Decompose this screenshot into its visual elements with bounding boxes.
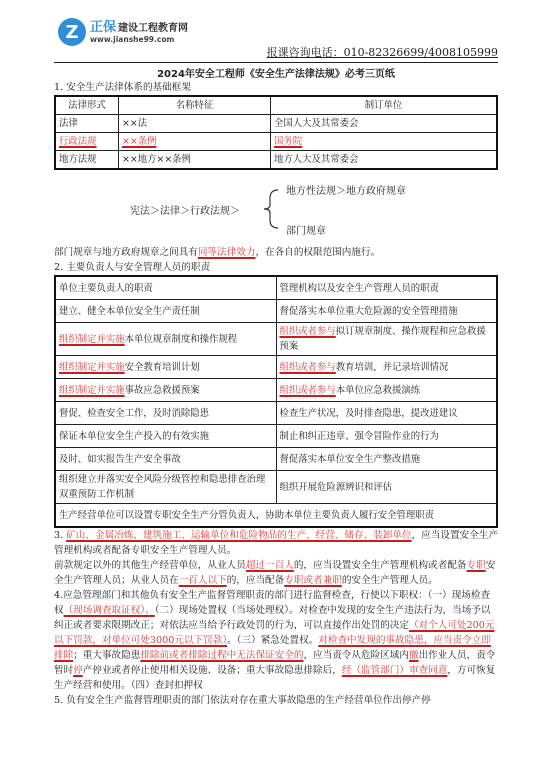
table-cell-highlight: 行政法规	[59, 136, 97, 147]
table-cell: ××地方××条例	[119, 151, 271, 170]
table-cell: 全国人大及其常委会	[271, 115, 498, 133]
header-cell: 法律形式	[55, 96, 119, 115]
diagram-top: 地方性法规＞地方政府规章	[286, 182, 406, 197]
header-cell: 制订单位	[271, 96, 498, 115]
header-cell: 名称特征	[119, 96, 271, 115]
page-header: Z 正保建设工程教育网 www.jianshe99.com 报课咨询电话：010…	[54, 0, 498, 63]
table-cell: 法律	[55, 115, 119, 133]
section-1-note: 部门规章与地方政府规章之间具有同等法律效力，在各自的权限范围内施行。	[54, 245, 498, 260]
table-row: 督促、检查安全工作，及时消除隐患 检查生产状况，及时排查隐患，提改进建议	[55, 402, 497, 425]
document-page: Z 正保建设工程教育网 www.jianshe99.com 报课咨询电话：010…	[54, 0, 498, 708]
table-row: 组织制定并实施本单位规章制度和操作规程 组织或者参与拟订规章制度、操作规程和应急…	[55, 323, 497, 356]
logo-url: www.jianshe99.com	[90, 36, 188, 44]
table-cell-highlight: 国务院	[274, 136, 302, 147]
responsibilities-table: 单位主要负责人的职责 管理机构以及安全生产管理人员的职责 建立、健全本单位安全生…	[54, 275, 498, 528]
table-cell: 组织或者参与拟订规章制度、操作规程和应急救援预案	[276, 323, 497, 356]
table-cell: 检查生产状况，及时排查隐患，提改进建议	[276, 402, 497, 425]
table-cell-highlight: ××条例	[122, 136, 156, 147]
table-row: 及时、如实报告生产安全事故 督促落实本单位安全生产整改措施	[55, 448, 497, 471]
table-cell: 组织制定并实施安全教育培训计划	[55, 356, 276, 379]
logo-brand: 正保	[90, 20, 116, 35]
table-cell: 组织或者参与教育培训，并记录培训情况	[276, 356, 497, 379]
diagram-left: 宪法＞法律＞行政法规＞	[130, 202, 240, 217]
section-1-heading: 1. 安全生产法律体系的基础框架	[54, 80, 498, 95]
table-cell: 地方人大及其常委会	[271, 151, 498, 170]
hierarchy-diagram: 宪法＞法律＞行政法规＞ 地方性法规＞地方政府规章 部门规章	[54, 170, 498, 245]
table-row: 组织制定并实施安全教育培训计划 组织或者参与教育培训，并记录培训情况	[55, 356, 497, 379]
brace-icon	[262, 188, 280, 230]
section-2-heading: 2. 主要负责人与安全管理人员的职责	[54, 260, 498, 275]
table-cell: 制止和纠正违章、强令冒险作业的行为	[276, 425, 497, 448]
section-4: 4.应急管理部门和其他负有安全生产监督管理职责的部门进行监督检查，行使以下职权：…	[54, 588, 498, 693]
table-cell: 组织开展危险源辨识和评估	[276, 471, 497, 504]
table-row: 组织制定并实施事故应急救援预案 组织或者参与本单位应急救援演练	[55, 379, 497, 402]
table-cell: ××法	[119, 115, 271, 133]
table-row: 建立、健全本单位安全生产责任制 督促落实本单位重大危险源的安全管理措施	[55, 300, 497, 323]
table-row: 法律 ××法 全国人大及其常委会	[55, 115, 497, 133]
table-row: 组织建立并落实安全风险分级管控和隐患排查治理双重预防工作机制 组织开展危险源辨识…	[55, 471, 497, 504]
site-logo: Z 正保建设工程教育网 www.jianshe99.com	[58, 18, 188, 46]
table-cell: 地方法规	[55, 151, 119, 170]
section-3: 3. 矿山、金属冶炼、建筑施工、运输单位和危险物品的生产、经营、储存、装卸单位，…	[54, 528, 498, 588]
table-row: 地方法规 ××地方××条例 地方人大及其常委会	[55, 151, 497, 170]
table-cell: 及时、如实报告生产安全事故	[55, 448, 276, 471]
table-cell: 组织建立并落实安全风险分级管控和隐患排查治理双重预防工作机制	[55, 471, 276, 504]
table-cell: 组织制定并实施本单位规章制度和操作规程	[55, 323, 276, 356]
table-cell: 督促落实本单位重大危险源的安全管理措施	[276, 300, 497, 323]
diagram-bottom: 部门规章	[286, 222, 326, 237]
logo-mark-icon: Z	[58, 18, 86, 46]
table-cell: 保证本单位安全生产投入的有效实施	[55, 425, 276, 448]
table-cell: 组织制定并实施事故应急救援预案	[55, 379, 276, 402]
header-cell: 单位主要负责人的职责	[55, 276, 276, 300]
table-header-row: 法律形式 名称特征 制订单位	[55, 96, 497, 115]
table-cell: 生产经营单位可以设置专职安全生产分管负责人，协助本单位主要负责人履行安全管理职责	[55, 504, 497, 528]
logo-name: 建设工程教育网	[118, 23, 188, 34]
table-row: 行政法规 ××条例 国务院	[55, 133, 497, 151]
hotline: 报课咨询电话：010-82326699/4008105999	[267, 44, 498, 60]
table-header-row: 单位主要负责人的职责 管理机构以及安全生产管理人员的职责	[55, 276, 497, 300]
table-footer-row: 生产经营单位可以设置专职安全生产分管负责人，协助本单位主要负责人履行安全管理职责	[55, 504, 497, 528]
section-5: 5. 负有安全生产监督管理职责的部门依法对存在重大事故隐患的生产经营单位作出停产…	[54, 693, 498, 708]
table-cell: 督促落实本单位安全生产整改措施	[276, 448, 497, 471]
table-cell: 建立、健全本单位安全生产责任制	[55, 300, 276, 323]
law-forms-table: 法律形式 名称特征 制订单位 法律 ××法 全国人大及其常委会 行政法规 ××条…	[54, 95, 498, 170]
table-row: 保证本单位安全生产投入的有效实施 制止和纠正违章、强令冒险作业的行为	[55, 425, 497, 448]
header-cell: 管理机构以及安全生产管理人员的职责	[276, 276, 497, 300]
table-cell: 督促、检查安全工作，及时消除隐患	[55, 402, 276, 425]
document-title: 2024年安全工程师《安全生产法律法规》必考三页纸	[54, 65, 498, 80]
header-divider	[54, 62, 498, 63]
table-cell: 组织或者参与本单位应急救援演练	[276, 379, 497, 402]
